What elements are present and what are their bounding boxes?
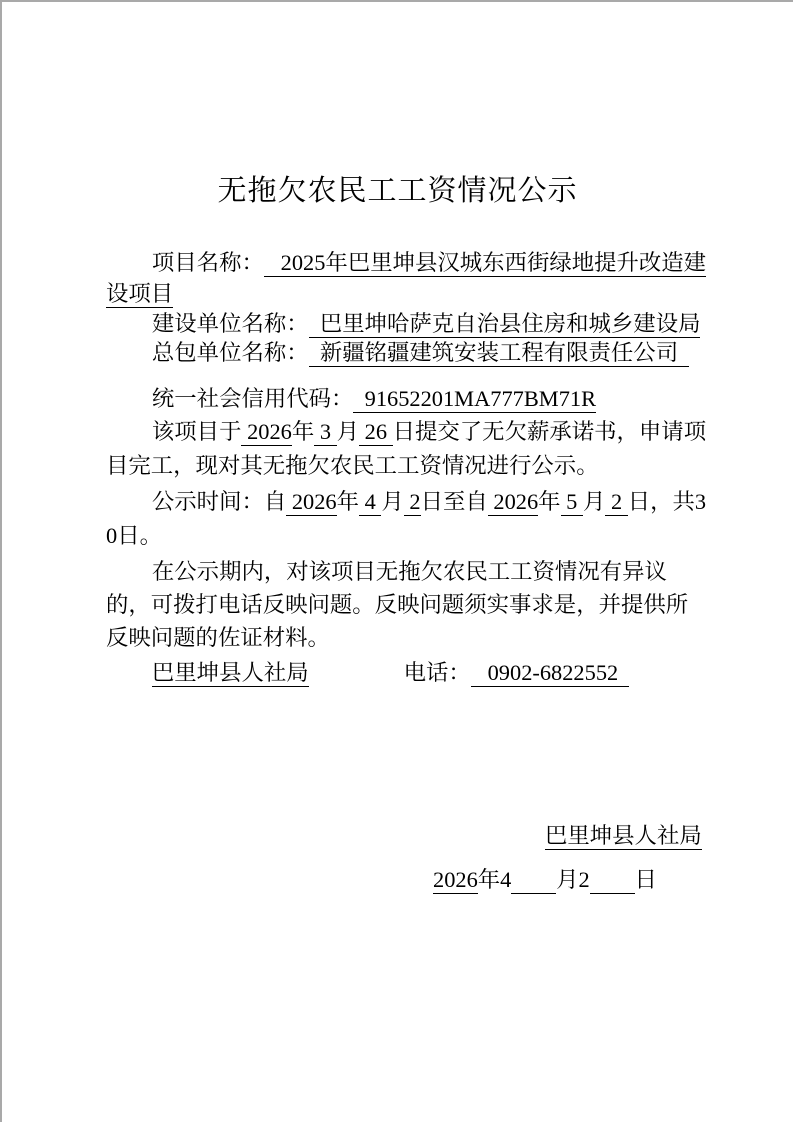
commitment-month-value: 3	[314, 419, 336, 446]
signature-date-month-blank	[511, 867, 556, 894]
contact-row: 巴里坤县人社局电话： 0902-6822552	[106, 657, 708, 688]
signature-agency-line: 巴里坤县人社局	[545, 821, 702, 851]
notice-page: 无拖欠农民工工资情况公示 项目名称： 2025年巴里坤县汉城东西街绿地提升改造建…	[0, 0, 793, 1122]
publicity-start-day: 2	[404, 489, 421, 516]
signature-date-day: 2	[579, 867, 590, 892]
signature-agency-name: 巴里坤县人社局	[545, 823, 702, 850]
credit-code-label: 统一社会信用代码：	[152, 386, 354, 411]
signature-date-month: 4	[500, 867, 511, 892]
publicity-mid-text: 日至自	[421, 489, 488, 514]
phone-label: 电话：	[404, 660, 471, 685]
publicity-period-paragraph: 公示时间：自 2026年 4 月 2日至自 2026年 5 月 2 日，共30日…	[106, 485, 708, 553]
credit-code-value: 91652201MA777BM71R	[353, 386, 596, 413]
signature-date-day-blank	[590, 867, 635, 894]
document-title: 无拖欠农民工工资情况公示	[2, 168, 793, 209]
project-name-row: 项目名称： 2025年巴里坤县汉城东西街绿地提升改造建设项目	[106, 247, 708, 309]
signature-date-year: 2026	[433, 867, 478, 894]
construction-unit-row: 建设单位名称： 巴里坤哈萨克自治县住房和城乡建设局	[106, 309, 708, 339]
general-contractor-row: 总包单位名称： 新疆铭疆建筑安装工程有限责任公司	[106, 338, 708, 368]
commitment-year-value: 2026	[241, 419, 291, 446]
commitment-day-value: 26	[359, 419, 393, 446]
signature-date-month-unit: 月	[556, 867, 578, 892]
publicity-pre-text: 公示时间：自	[152, 489, 286, 514]
commitment-paragraph: 该项目于 2026年 3 月 26 日提交了无欠薪承诺书，申请项目完工，现对其无…	[106, 415, 708, 483]
publicity-start-year: 2026	[286, 489, 336, 516]
general-contractor-label: 总包单位名称：	[152, 340, 309, 365]
construction-unit-label: 建设单位名称：	[152, 311, 309, 336]
publicity-start-month-unit: 月	[381, 489, 403, 514]
project-name-label: 项目名称：	[152, 250, 264, 275]
publicity-end-month-unit: 月	[583, 489, 605, 514]
objection-paragraph: 在公示期内，对该项目无拖欠农民工工资情况有异议的，可拨打电话反映问题。反映问题须…	[106, 555, 708, 654]
publicity-start-year-unit: 年	[337, 489, 359, 514]
commitment-pre-text: 该项目于	[152, 419, 242, 444]
publicity-end-month: 5	[561, 489, 583, 516]
phone-number: 0902-6822552	[471, 660, 630, 687]
publicity-start-month: 4	[359, 489, 381, 516]
signature-date-line: 2026年4 月2 日	[433, 865, 657, 895]
commitment-month-unit: 月	[337, 419, 359, 444]
commitment-year-unit: 年	[292, 419, 314, 444]
publicity-end-day: 2	[605, 489, 627, 516]
publicity-end-year-unit: 年	[538, 489, 560, 514]
publicity-end-year: 2026	[488, 489, 538, 516]
signature-date-year-unit: 年	[478, 867, 500, 892]
credit-code-row: 统一社会信用代码： 91652201MA777BM71R	[106, 384, 708, 414]
contact-agency-name: 巴里坤县人社局	[152, 660, 309, 687]
signature-date-day-unit: 日	[635, 867, 657, 892]
construction-unit-value: 巴里坤哈萨克自治县住房和城乡建设局	[309, 311, 701, 338]
general-contractor-value: 新疆铭疆建筑安装工程有限责任公司	[309, 340, 690, 367]
